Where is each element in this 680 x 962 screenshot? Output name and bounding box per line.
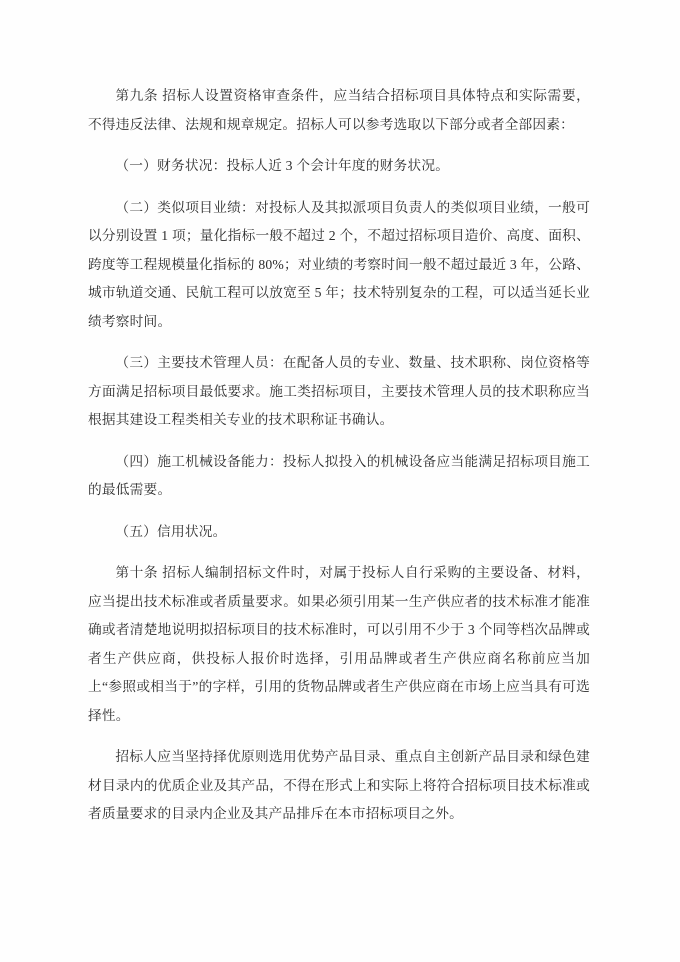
paragraph-article-9-item-4: （四）施工机械设备能力：投标人拟投入的机械设备应当能满足招标项目施工的最低需要。 [88, 448, 590, 505]
paragraph-article-9-item-5: （五）信用状况。 [88, 518, 590, 547]
paragraph-article-9-item-2: （二）类似项目业绩：对投标人及其拟派项目负责人的类似项目业绩，一般可以分别设置 … [88, 194, 590, 337]
paragraph-article-9: 第九条 招标人设置资格审查条件，应当结合招标项目具体特点和实际需要，不得违反法律… [88, 82, 590, 139]
document-body: 第九条 招标人设置资格审查条件，应当结合招标项目具体特点和实际需要，不得违反法律… [88, 82, 590, 842]
paragraph-article-9-item-3: （三）主要技术管理人员：在配备人员的专业、数量、技术职称、岗位资格等方面满足招标… [88, 349, 590, 435]
paragraph-article-10: 第十条 招标人编制招标文件时，对属于投标人自行采购的主要设备、材料，应当提出技术… [88, 559, 590, 730]
document-page: 第九条 招标人设置资格审查条件，应当结合招标项目具体特点和实际需要，不得违反法律… [0, 0, 680, 962]
paragraph-article-9-item-1: （一）财务状况：投标人近 3 个会计年度的财务状况。 [88, 152, 590, 181]
paragraph-article-10-para-2: 招标人应当坚持择优原则选用优势产品目录、重点自主创新产品目录和绿色建材目录内的优… [88, 743, 590, 829]
